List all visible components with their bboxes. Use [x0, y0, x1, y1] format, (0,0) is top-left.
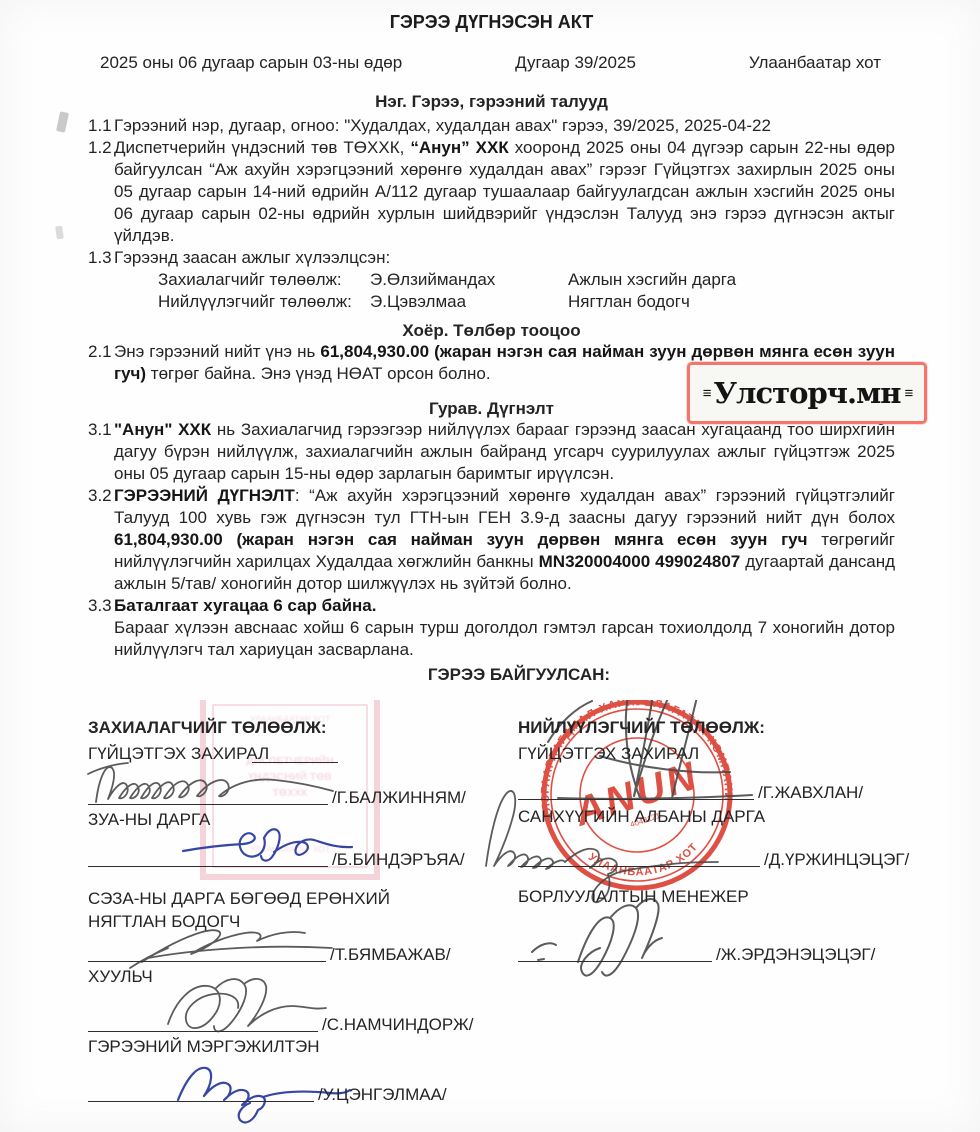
clause-number: 1.2 — [88, 137, 112, 159]
signing-heading: ГЭРЭЭ БАЙГУУЛСАН: — [88, 665, 895, 685]
delegate-row: Захиалагчийг төлөөлж: Э.Өлзиймандах Ажлы… — [158, 269, 895, 291]
signature-line — [518, 866, 760, 867]
signature-line — [518, 799, 754, 800]
svg-text:УЛААНБААТАР ХОТ: УЛААНБААТАР ХОТ — [250, 844, 330, 854]
clause-1-3: 1.3 Гэрээнд заасан ажлыг хүлээлцсэн: — [88, 247, 895, 269]
signature-line — [88, 1031, 318, 1032]
signature-baljinnyam — [88, 763, 333, 802]
signature-line — [88, 804, 328, 805]
supplier-signer-2: /Д.ҮРЖИНЦЭЦЭГ/ — [764, 850, 909, 870]
signature-namchindorj — [168, 979, 326, 1032]
buyer-role-1: ГҮЙЦЭТГЭХ ЗАХИРАЛ — [88, 744, 269, 764]
delegate-name: Э.Цэвэлмаа — [370, 291, 568, 313]
delegate-label: Захиалагчийг төлөөлж: — [158, 269, 370, 291]
delegate-row: Нийлүүлэгчийг төлөөлж: Э.Цэвэлмаа Нягтла… — [158, 291, 895, 313]
document-number: Дугаар 39/2025 — [515, 53, 636, 73]
signature-line — [88, 1101, 314, 1102]
clause-text: ГЭРЭЭНИЙ ДҮГНЭЛТ: “Аж ахуйн хэрэгцээний … — [114, 486, 895, 593]
clause-number: 2.1 — [88, 341, 112, 363]
clause-3-2: 3.2 ГЭРЭЭНИЙ ДҮГНЭЛТ: “Аж ахуйн хэрэгцээ… — [88, 485, 895, 595]
ulstorch-watermark: ≡ Улсторч.мн ≡ — [687, 362, 927, 424]
clause-text: "Анун" ХХК нь Захиалагчид гэрээгээр нийл… — [114, 420, 895, 483]
clause-number: 3.1 — [88, 419, 112, 441]
supplier-signer-3: /Ж.ЭРДЭНЭЦЭЦЭГ/ — [716, 945, 875, 965]
supplier-role-1: ГҮЙЦЭТГЭХ ЗАХИРАЛ — [518, 744, 699, 764]
svg-text:УЛААНБААТАР ХОТ: УЛААНБААТАР ХОТ — [585, 840, 703, 884]
buyer-signer-5: /У.ЦЭНГЭЛМАА/ — [318, 1085, 447, 1105]
buyer-signer-3: /Т.БЯМБАЖАВ/ — [330, 945, 451, 965]
document-date: 2025 оны 06 дугаар сарын 03-ны өдөр — [100, 53, 402, 73]
buyer-signing-header: ЗАХИАЛАГЧИЙГ ТӨЛӨӨЛЖ: — [88, 718, 327, 738]
clause-1-1: 1.1 Гэрээний нэр, дугаар, огноо: "Худалд… — [88, 115, 895, 137]
clause-3-1: 3.1 "Анун" ХХК нь Захиалагчид гэрээгээр … — [88, 419, 895, 485]
signature-line — [88, 961, 326, 962]
clause-text: Гэрээнд заасан ажлыг хүлээлцсэн: — [114, 248, 390, 267]
supplier-signer-1: /Г.ЖАВХЛАН/ — [758, 783, 863, 803]
watermark-flourish-right-icon: ≡ — [904, 385, 911, 402]
clause-text: Диспетчерийн үндэсний төв ТӨХХК, “Анун” … — [114, 138, 895, 245]
signature-line — [518, 961, 712, 962]
supplier-role-3: БОРЛУУЛАЛТЫН МЕНЕЖЕР — [518, 887, 749, 907]
section2-heading: Хоёр. Төлбөр тооцоо — [88, 321, 895, 341]
warranty-note: Барааг хүлээн авснаас хойш 6 сарын турш … — [88, 617, 895, 661]
delegates-list: Захиалагчийг төлөөлж: Э.Өлзиймандах Ажлы… — [88, 269, 895, 313]
buyer-role-3: СЭЗА-НЫ ДАРГА БӨГӨӨД ЕРӨНХИЙ НЯГТЛАН БОД… — [88, 887, 418, 933]
dateline: 2025 оны 06 дугаар сарын 03-ны өдөр Дуга… — [88, 53, 895, 73]
clause-number: 3.2 — [88, 485, 112, 507]
clause-number: 1.1 — [88, 115, 112, 137]
clause-text: Баталгаат хугацаа 6 сар байна. — [114, 596, 377, 615]
supplier-signing-header: НИЙЛҮҮЛЭГЧИЙГ ТӨЛӨӨЛЖ: — [518, 718, 765, 738]
buyer-signer-1: /Г.БАЛЖИННЯМ/ — [332, 788, 466, 808]
clause-number: 1.3 — [88, 247, 112, 269]
buyer-role-4: ХУУЛЬЧ — [88, 967, 153, 987]
buyer-role-5: ГЭРЭЭНИЙ МЭРГЭЖИЛТЭН — [88, 1037, 320, 1057]
delegate-role: Нягтлан бодогч — [568, 291, 895, 313]
watermark-flourish-left-icon: ≡ — [703, 385, 710, 402]
document-title: ГЭРЭЭ ДҮГНЭСЭН АКТ — [88, 12, 895, 33]
signature-byambajav — [130, 930, 332, 968]
signature-section: УЛААНБААТАР ХОТ ДИСПЕТЧЕРИЙН ҮНДЭСНИЙ ТӨ… — [0, 700, 980, 1132]
signature-line — [252, 762, 338, 763]
document-city: Улаанбаатар хот — [749, 53, 881, 73]
delegate-role: Ажлын хэсгийн дарга — [568, 269, 895, 291]
delegate-name: Э.Өлзиймандах — [370, 269, 568, 291]
supplier-role-2: САНХҮҮГИЙН АЛБАНЫ ДАРГА — [518, 807, 765, 827]
buyer-signer-4: /С.НАМЧИНДОРЖ/ — [322, 1015, 473, 1035]
clause-text: Гэрээний нэр, дугаар, огноо: "Худалдах, … — [114, 116, 771, 135]
signature-binderyaa — [183, 829, 352, 860]
buyer-signer-2: /Б.БИНДЭРЪЯА/ — [332, 850, 465, 870]
scanned-contract-act-document: ГЭРЭЭ ДҮГНЭСЭН АКТ 2025 оны 06 дугаар са… — [0, 0, 980, 1132]
clause-1-2: 1.2 Диспетчерийн үндэсний төв ТӨХХК, “Ан… — [88, 137, 895, 247]
signature-line — [88, 866, 328, 867]
clause-number: 3.3 — [88, 595, 112, 617]
delegate-label: Нийлүүлэгчийг төлөөлж: — [158, 291, 370, 313]
svg-text:ТӨХХК: ТӨХХК — [273, 787, 309, 799]
watermark-text: Улсторч.мн — [714, 376, 901, 410]
signature-erdenetsetseg — [532, 899, 662, 976]
section1-heading: Нэг. Гэрээ, гэрээний талууд — [88, 92, 895, 112]
buyer-role-2: ЗУА-НЫ ДАРГА — [88, 810, 210, 830]
svg-text:ҮНДЭСНИЙ ТӨВ: ҮНДЭСНИЙ ТӨВ — [248, 770, 332, 783]
clause-3-3: 3.3 Баталгаат хугацаа 6 сар байна. — [88, 595, 895, 617]
